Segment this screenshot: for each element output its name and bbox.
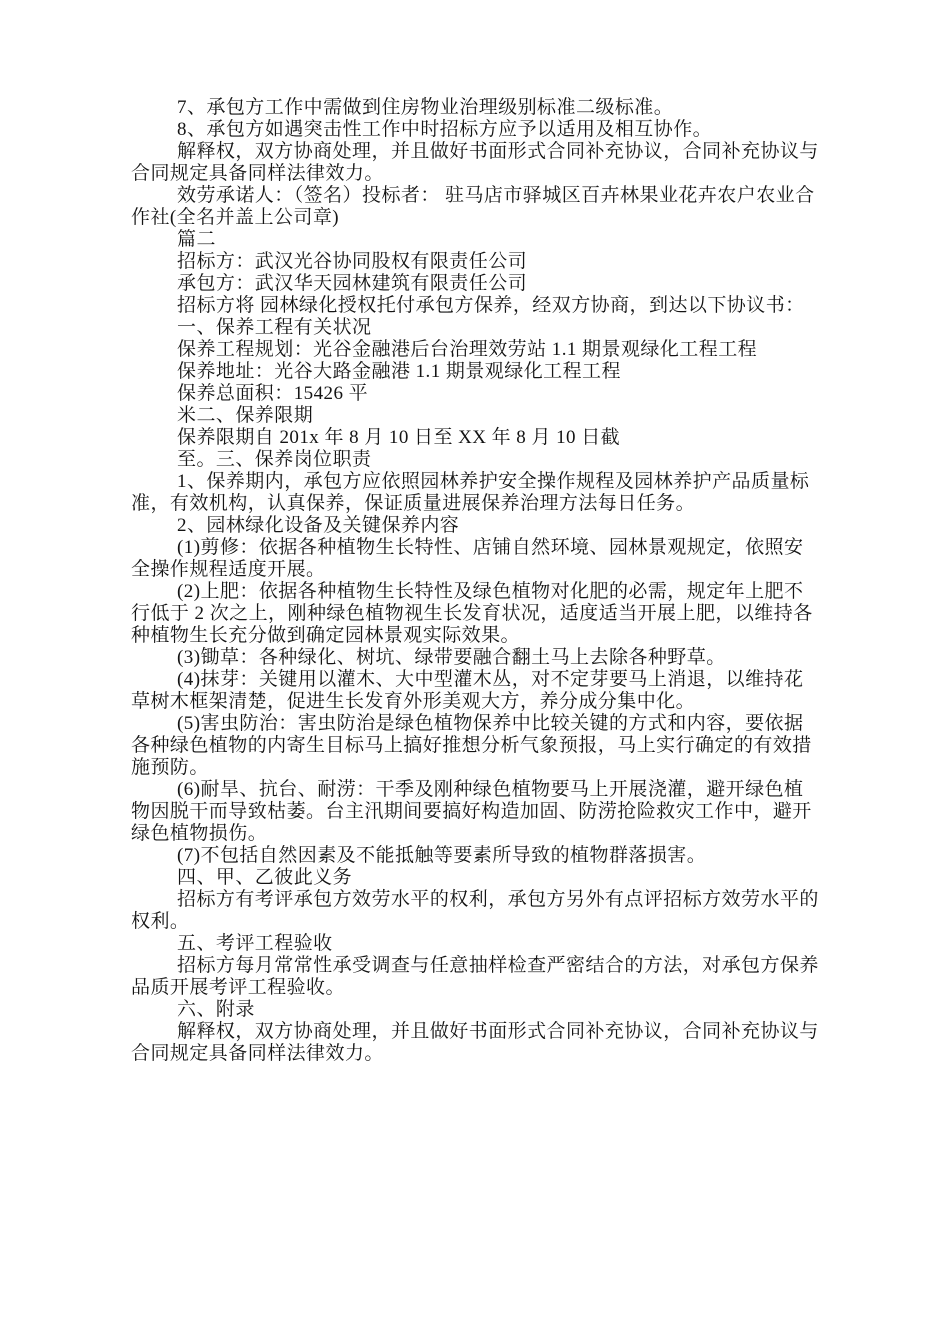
- text-line: 8、承包方如遇突击性工作中时招标方应予以适用及相互协作。: [131, 119, 853, 141]
- text-line: 招标方有考评承包方效劳水平的权利，承包方另外有点评招标方效劳水平的: [131, 889, 853, 911]
- text-line: (2)上肥：依据各种植物生长特性及绿色植物对化肥的必需，规定年上肥不: [131, 581, 853, 603]
- text-line: 施预防。: [131, 757, 853, 779]
- text-line: 2、园林绿化设备及关键保养内容: [131, 515, 853, 537]
- document-page: 7、承包方工作中需做到住房物业治理级别标准二级标准。8、承包方如遇突击性工作中时…: [0, 0, 950, 1344]
- text-line: 四、甲、乙彼此义务: [131, 867, 853, 889]
- text-line: 物因脱干而导致枯萎。台主汛期间要搞好构造加固、防涝抢险救灾工作中，避开: [131, 801, 853, 823]
- text-line: 行低于 2 次之上，刚种绿色植物视生长发育状况，适度适当开展上肥，以维持各: [131, 603, 853, 625]
- text-line: 品质开展考评工程验收。: [131, 977, 853, 999]
- text-line: 六、附录: [131, 999, 853, 1021]
- text-line: 7、承包方工作中需做到住房物业治理级别标准二级标准。: [131, 97, 853, 119]
- text-line: 承包方：武汉华天园林建筑有限责任公司: [131, 273, 853, 295]
- text-line: 合同规定具备同样法律效力。: [131, 1043, 853, 1065]
- text-line: 招标方每月常常性承受调查与任意抽样检查严密结合的方法，对承包方保养: [131, 955, 853, 977]
- text-line: (5)害虫防治：害虫防治是绿色植物保养中比较关键的方式和内容，要依据: [131, 713, 853, 735]
- text-line: 保养总面积：15426 平: [131, 383, 853, 405]
- text-line: 效劳承诺人：（签名）投标者： 驻马店市驿城区百卉林果业花卉农户农业合: [131, 185, 853, 207]
- text-line: 五、考评工程验收: [131, 933, 853, 955]
- text-line: 解释权，双方协商处理，并且做好书面形式合同补充协议，合同补充协议与: [131, 141, 853, 163]
- text-line: 绿色植物损伤。: [131, 823, 853, 845]
- text-line: 一、保养工程有关状况: [131, 317, 853, 339]
- text-line: (4)抹芽：关键用以灌木、大中型灌木丛，对不定芽要马上消退，以维持花: [131, 669, 853, 691]
- text-line: 保养工程规划：光谷金融港后台治理效劳站 1.1 期景观绿化工程工程: [131, 339, 853, 361]
- text-line: 权利。: [131, 911, 853, 933]
- text-line: 保养限期自 201x 年 8 月 10 日至 XX 年 8 月 10 日截: [131, 427, 853, 449]
- text-line: 1、保养期内，承包方应依照园林养护安全操作规程及园林养护产品质量标: [131, 471, 853, 493]
- text-line: 招标方将 园林绿化授权托付承包方保养，经双方协商，到达以下协议书：: [131, 295, 853, 317]
- text-line: (7)不包括自然因素及不能抵触等要素所导致的植物群落损害。: [131, 845, 853, 867]
- text-line: 各种绿色植物的内寄生目标马上搞好推想分析气象预报，马上实行确定的有效措: [131, 735, 853, 757]
- text-line: 准，有效机构，认真保养，保证质量进展保养治理方法每日任务。: [131, 493, 853, 515]
- text-line: 保养地址：光谷大路金融港 1.1 期景观绿化工程工程: [131, 361, 853, 383]
- text-line: (1)剪修：依据各种植物生长特性、店铺自然环境、园林景观规定，依照安: [131, 537, 853, 559]
- document-body: 7、承包方工作中需做到住房物业治理级别标准二级标准。8、承包方如遇突击性工作中时…: [131, 97, 853, 1065]
- text-line: 招标方：武汉光谷协同股权有限责任公司: [131, 251, 853, 273]
- text-line: 草树木框架清楚，促进生长发育外形美观大方，养分成分集中化。: [131, 691, 853, 713]
- text-line: 全操作规程适度开展。: [131, 559, 853, 581]
- text-line: 至。三、保养岗位职责: [131, 449, 853, 471]
- text-line: 篇二: [131, 229, 853, 251]
- text-line: 种植物生长充分做到确定园林景观实际效果。: [131, 625, 853, 647]
- text-line: 解释权，双方协商处理，并且做好书面形式合同补充协议，合同补充协议与: [131, 1021, 853, 1043]
- text-line: (6)耐旱、抗台、耐涝：干季及刚种绿色植物要马上开展浇灌，避开绿色植: [131, 779, 853, 801]
- text-line: 米二、保养限期: [131, 405, 853, 427]
- text-line: 合同规定具备同样法律效力。: [131, 163, 853, 185]
- text-line: (3)锄草：各种绿化、树坑、绿带要融合翻土马上去除各种野草。: [131, 647, 853, 669]
- text-line: 作社(全名并盖上公司章): [131, 207, 853, 229]
